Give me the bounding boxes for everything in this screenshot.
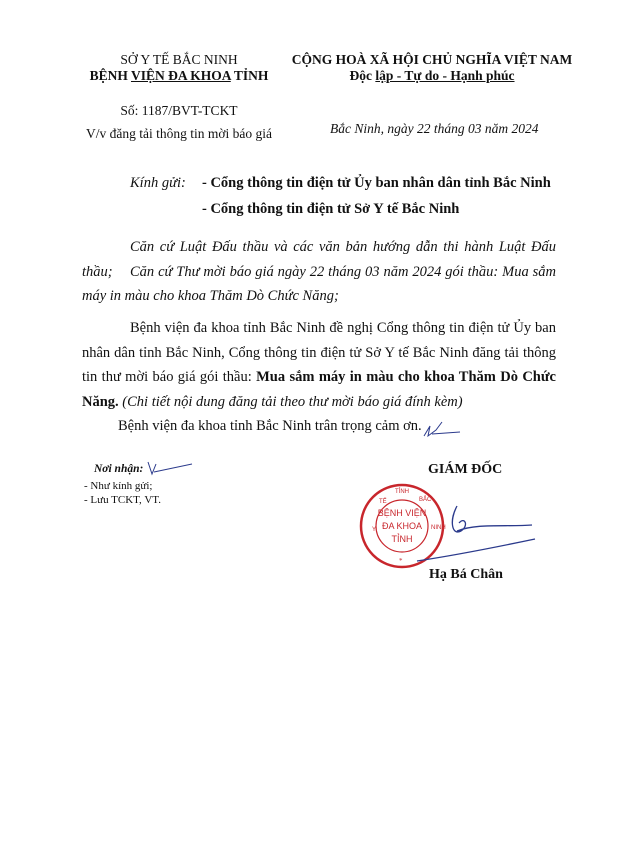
svg-text:BẮC: BẮC (419, 495, 432, 503)
request-note: (Chi tiết nội dung đăng tải theo thư mời… (119, 394, 463, 410)
svg-text:TỈNH: TỈNH (395, 488, 409, 495)
request-paragraph: Bệnh viện đa khoa tỉnh Bắc Ninh đề nghị … (82, 316, 556, 414)
recipient-item: - Cổng thông tin điện tử Ủy ban nhân dân… (202, 175, 551, 192)
recipients-label: Kính gửi: (130, 175, 186, 192)
document-number: Số: 1187/BVT-TCKT (72, 103, 286, 119)
legal-basis-2: Căn cứ Thư mời báo giá ngày 22 tháng 03 … (82, 260, 556, 309)
svg-text:TẾ: TẾ (379, 498, 387, 505)
official-stamp-icon: BỆNH VIỆN ĐA KHOA TỈNH Y TẾ TỈNH BẮC NIN… (357, 481, 537, 571)
svg-text:TỈNH: TỈNH (392, 533, 413, 544)
recipient-item: - Cổng thông tin điện tử Sở Y tế Bắc Nin… (202, 201, 459, 218)
issuer-block: SỞ Y TẾ BẮC NINH BỆNH VIỆN ĐA KHOA TỈNH (72, 52, 286, 84)
svg-text:Y: Y (372, 527, 376, 533)
motto-part2: lập - Tự do - Hạnh phúc (375, 68, 514, 83)
motto-part1: Độc (349, 68, 375, 83)
distribution-item: - Như kính gửi; (84, 479, 152, 493)
distribution-item: - Lưu TCKT, VT. (84, 493, 161, 507)
svg-text:ĐA KHOA: ĐA KHOA (382, 521, 422, 531)
issuer-hospital: BỆNH VIỆN ĐA KHOA TỈNH (72, 68, 286, 84)
issuer-hospital-part2: VIỆN ĐA KHOA (131, 68, 231, 83)
national-title: CỘNG HOÀ XÃ HỘI CHỦ NGHĨA VIỆT NAM (282, 52, 582, 68)
signer-name: Hạ Bá Chân (429, 567, 503, 583)
national-header: CỘNG HOÀ XÃ HỘI CHỦ NGHĨA VIỆT NAM Độc l… (282, 52, 582, 84)
svg-text:NINH: NINH (431, 525, 446, 531)
issuer-hospital-part1: BỆNH (90, 68, 131, 83)
document-subject: V/v đăng tải thông tin mời báo giá (72, 126, 286, 142)
distribution-label: Nơi nhận: (94, 463, 143, 475)
initial-signature-icon (420, 420, 470, 440)
national-motto: Độc lập - Tự do - Hạnh phúc (282, 68, 582, 84)
thanks-line: Bệnh viện đa khoa tỉnh Bắc Ninh trân trọ… (82, 414, 556, 439)
svg-text:BỆNH VIỆN: BỆNH VIỆN (378, 508, 427, 518)
svg-text:*: * (399, 557, 403, 565)
signer-title: GIÁM ĐỐC (428, 462, 502, 478)
document-date: Bắc Ninh, ngày 22 tháng 03 năm 2024 (330, 121, 539, 137)
issuer-department: SỞ Y TẾ BẮC NINH (72, 52, 286, 68)
issuer-hospital-part3: TỈNH (231, 68, 269, 83)
initial-mark-icon (146, 460, 196, 478)
